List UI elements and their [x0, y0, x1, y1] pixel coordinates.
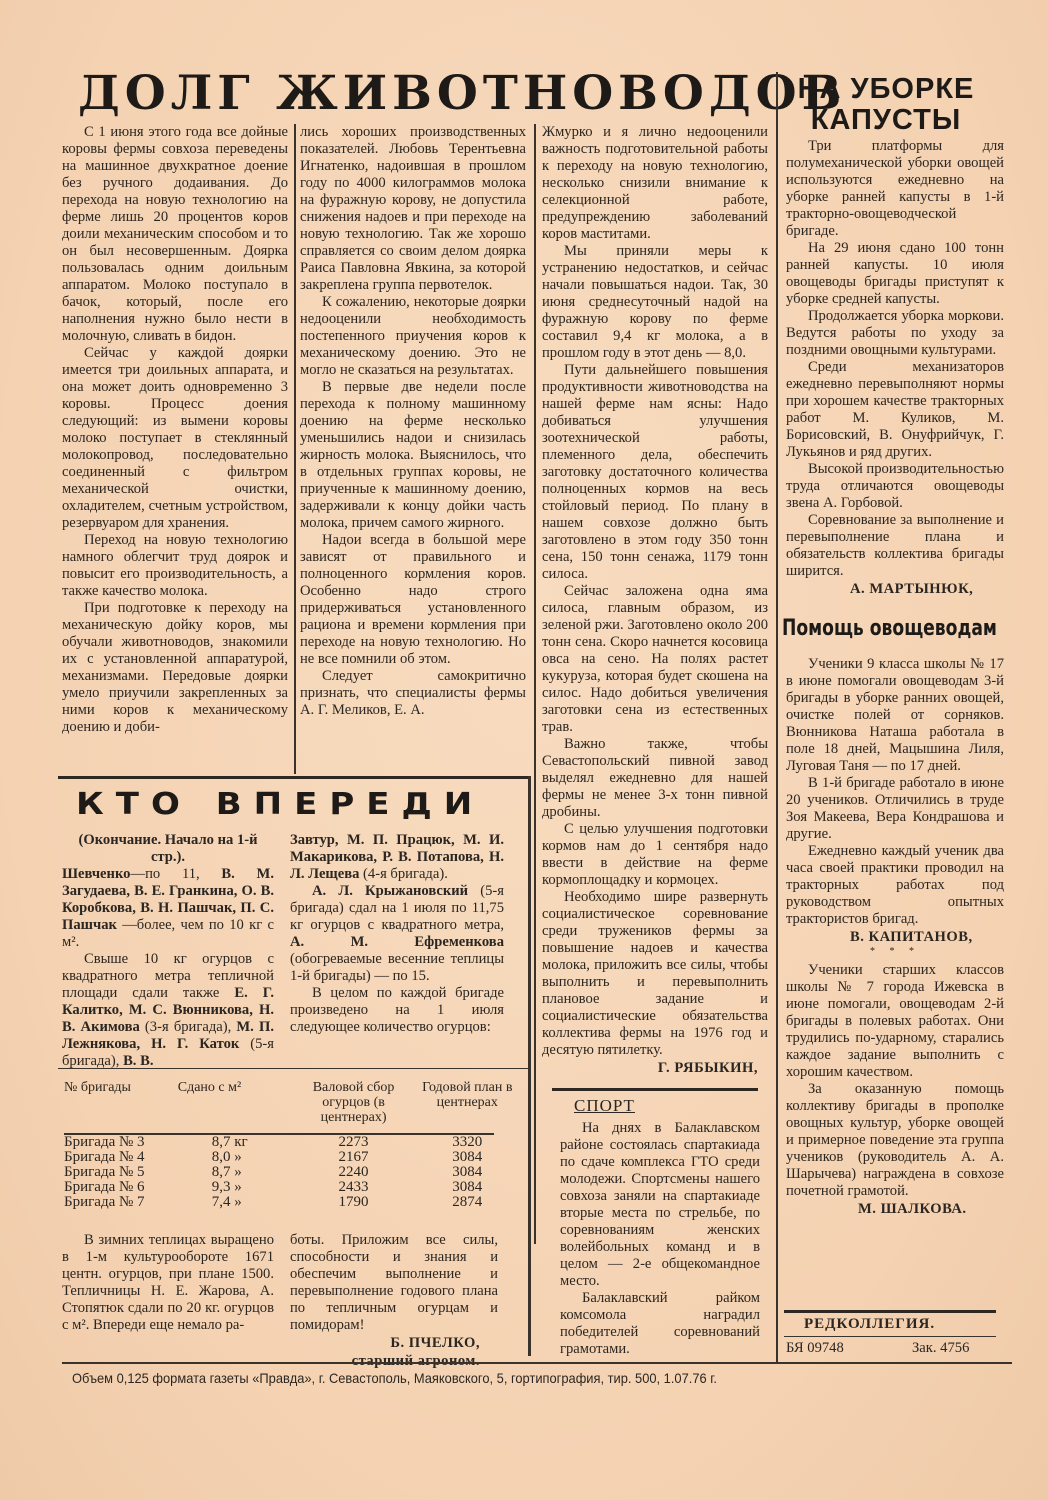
- divider: [784, 1336, 996, 1337]
- paragraph: На днях в Балаклавском районе состоялась…: [560, 1120, 760, 1290]
- publication-code: БЯ 09748: [786, 1340, 844, 1357]
- newspaper-page: ДОЛГ ЖИВОТНОВОДОВ С 1 июня этого года вс…: [0, 0, 1048, 1500]
- table-cell: Бригада № 4: [64, 1150, 178, 1165]
- table-cell: 2273: [292, 1135, 416, 1150]
- name-bold: Шевченко: [62, 866, 130, 882]
- paragraph: Продолжается уборка моркови. Ведутся раб…: [786, 308, 1004, 359]
- paragraph: Свыше 10 кг огурцов с квадратного метра …: [62, 951, 274, 1070]
- imprint-rule: [62, 1362, 1012, 1364]
- leaders-col1: (Окончание. Начало на 1-й стр.). Шевченк…: [62, 832, 274, 1070]
- brigade-table: № бригады Сдано с м² Валовой сбор огурцо…: [64, 1080, 519, 1210]
- cabbage-article-title: НА УБОРКЕ КАПУСТЫ: [786, 74, 986, 136]
- paragraph: Сейчас заложена одна яма силоса, главным…: [542, 583, 768, 736]
- name-bold: А. Л. Крыжановский: [312, 883, 468, 899]
- table-cell: 2240: [292, 1165, 416, 1180]
- column-divider: [534, 124, 536, 1244]
- help-article-title: Помощь овощеводам: [782, 616, 997, 641]
- leaders-after-col1: В зимних теплицах выращено в 1-м культур…: [62, 1232, 274, 1334]
- continuation-note: (Окончание. Начало на 1-й стр.).: [62, 832, 274, 866]
- paragraph: С 1 июня этого года все дойные коровы фе…: [62, 124, 288, 345]
- paragraph: Завтур, М. П. Працюк, М. И. Макарикова, …: [290, 832, 504, 883]
- table-cell: 3084: [416, 1165, 519, 1180]
- order-number: Зак. 4756: [912, 1340, 969, 1357]
- table-cell: 3320: [416, 1135, 519, 1150]
- paragraph: А. Л. Крыжановский (5-я бригада) сдал на…: [290, 883, 504, 985]
- table-cell: 2874: [416, 1195, 519, 1210]
- paragraph: Жмурко и я лично недооценили важность по…: [542, 124, 768, 243]
- cabbage-article-signature: А. МАРТЫНЮК,: [786, 580, 1004, 598]
- header-brigade: № бригады: [64, 1080, 178, 1125]
- table-cell: 3084: [416, 1180, 519, 1195]
- leaders-article-title: КТО ВПЕРЕДИ: [76, 786, 484, 822]
- paragraph: Мы приняли меры к устранению недостатков…: [542, 243, 768, 362]
- text-run: —по 11,: [130, 866, 221, 882]
- paragraph: Сейчас у каждой доярки имеется три доиль…: [62, 345, 288, 532]
- paragraph: Переход на новую технологию намного обле…: [62, 532, 288, 600]
- leaders-signature: Б. ПЧЕЛКО,: [290, 1334, 480, 1352]
- header-gross: Валовой сбор огурцов (в центнерах): [292, 1080, 416, 1125]
- cabbage-article-body: Три платформы для полумеханической уборк…: [786, 138, 1004, 598]
- paragraph: Ученики старших классов школы № 7 города…: [786, 962, 1004, 1081]
- paragraph: Надои всегда в большой мере зависят от п…: [300, 532, 526, 668]
- paragraph: На 29 июня сдано 100 тонн ранней капусты…: [786, 240, 1004, 308]
- name-bold: А. М. Ефременкова: [290, 934, 504, 950]
- table-cell: 8,0 »: [178, 1150, 292, 1165]
- table-cell: 8,7 кг: [178, 1135, 292, 1150]
- table-cell: 2167: [292, 1150, 416, 1165]
- paragraph: Следует самокритично признать, что специ…: [300, 668, 526, 719]
- paragraph: За оказанную помощь коллективу бригады в…: [786, 1081, 1004, 1200]
- title-line: НА УБОРКЕ: [786, 74, 986, 105]
- name-bold: В. В.: [123, 1053, 153, 1069]
- box-border: [528, 776, 531, 1356]
- section-divider: [552, 1088, 758, 1091]
- imprint: Объем 0,125 формата газеты «Правда», г. …: [72, 1370, 717, 1386]
- editorial-board: РЕДКОЛЛЕГИЯ.: [804, 1316, 935, 1333]
- paragraph: Ученики 9 класса школы № 17 в июне помог…: [786, 656, 1004, 775]
- separator-stars: * * *: [786, 946, 1004, 958]
- table-cell: Бригада № 3: [64, 1135, 178, 1150]
- table-divider: [58, 1068, 530, 1069]
- header-yield: Сдано с м²: [178, 1080, 292, 1125]
- paragraph: Соревнование за выполнение и перевыполне…: [786, 512, 1004, 580]
- table-cell: 7,4 »: [178, 1195, 292, 1210]
- paragraph: Важно также, чтобы Севастопольский пивно…: [542, 736, 768, 821]
- table-cell: 2433: [292, 1180, 416, 1195]
- sport-heading: СПОРТ: [574, 1096, 635, 1116]
- table-row: Бригада № 58,7 »22403084: [64, 1165, 519, 1180]
- text-run: (обогреваемые весенние теплицы 1-й брига…: [290, 951, 504, 984]
- table-row: Бригада № 38,7 кг22733320: [64, 1135, 519, 1150]
- divider: [784, 1310, 996, 1313]
- title-line: КАПУСТЫ: [786, 105, 986, 136]
- table-cell: Бригада № 6: [64, 1180, 178, 1195]
- table-header-row: № бригады Сдано с м² Валовой сбор огурцо…: [64, 1080, 519, 1125]
- table-cell: Бригада № 7: [64, 1195, 178, 1210]
- leaders-col2: Завтур, М. П. Працюк, М. И. Макарикова, …: [290, 832, 504, 1036]
- table-cell: 9,3 »: [178, 1180, 292, 1195]
- main-article-signature: Г. РЯБЫКИН,: [542, 1059, 758, 1077]
- paragraph: С целью улучшения подготовки кормов нам …: [542, 821, 768, 889]
- table-cell: Бригада № 5: [64, 1165, 178, 1180]
- paragraph: Пути дальнейшего повышения продуктивност…: [542, 362, 768, 583]
- help-article-signature-1: В. КАПИТАНОВ,: [786, 928, 1004, 946]
- paragraph: боты. Приложим все силы, способности и з…: [290, 1232, 498, 1334]
- help-article-body: Ученики 9 класса школы № 17 в июне помог…: [786, 656, 1004, 1218]
- paragraph: Необходимо шире развернуть социалистичес…: [542, 889, 768, 1059]
- main-article-col1: С 1 июня этого года все дойные коровы фе…: [62, 124, 288, 736]
- section-divider: [58, 776, 530, 779]
- leaders-after-col2: боты. Приложим все силы, способности и з…: [290, 1232, 498, 1370]
- table-cell: 3084: [416, 1150, 519, 1165]
- paragraph: Балаклавский райком комсомола наградил п…: [560, 1290, 760, 1358]
- paragraph: В первые две недели после перехода к пол…: [300, 379, 526, 532]
- column-divider: [776, 72, 778, 1362]
- paragraph: Ежедневно каждый ученик два часа своей п…: [786, 843, 1004, 928]
- sport-article-body: На днях в Балаклавском районе состоялась…: [560, 1120, 760, 1358]
- text-run: (3-я бригада),: [140, 1019, 237, 1035]
- main-article-col2: лись хороших производственных показателе…: [300, 124, 526, 719]
- paragraph: Три платформы для полумеханической уборк…: [786, 138, 1004, 240]
- paragraph: Среди механизаторов ежедневно перевыполн…: [786, 359, 1004, 461]
- paragraph: В 1-й бригаде работало в июне 20 ученико…: [786, 775, 1004, 843]
- paragraph: лись хороших производственных показателе…: [300, 124, 526, 294]
- paragraph: Высокой производительностью труда отлича…: [786, 461, 1004, 512]
- paragraph: К сожалению, некоторые доярки недооценил…: [300, 294, 526, 379]
- table-row: Бригада № 48,0 »21673084: [64, 1150, 519, 1165]
- paragraph: Шевченко—по 11, В. М. Загудаева, В. Е. Г…: [62, 866, 274, 951]
- paragraph: В целом по каждой бригаде произведено на…: [290, 985, 504, 1036]
- paragraph: В зимних теплицах выращено в 1-м культур…: [62, 1232, 274, 1334]
- table-cell: 1790: [292, 1195, 416, 1210]
- leaders-signature-role: старший агроном.: [290, 1352, 480, 1370]
- table-row: Бригада № 69,3 »24333084: [64, 1180, 519, 1195]
- main-article-title: ДОЛГ ЖИВОТНОВОДОВ: [78, 66, 846, 121]
- column-divider: [294, 124, 296, 774]
- header-plan: Годовой план в центнерах: [416, 1080, 519, 1125]
- table-cell: 8,7 »: [178, 1165, 292, 1180]
- table-row: Бригада № 77,4 »17902874: [64, 1195, 519, 1210]
- help-article-signature-2: М. ШАЛКОВА.: [786, 1200, 1004, 1218]
- main-article-col3: Жмурко и я лично недооценили важность по…: [542, 124, 768, 1077]
- text-run: (4-я бригада).: [359, 866, 447, 882]
- paragraph: При подготовке к переходу на механическу…: [62, 600, 288, 736]
